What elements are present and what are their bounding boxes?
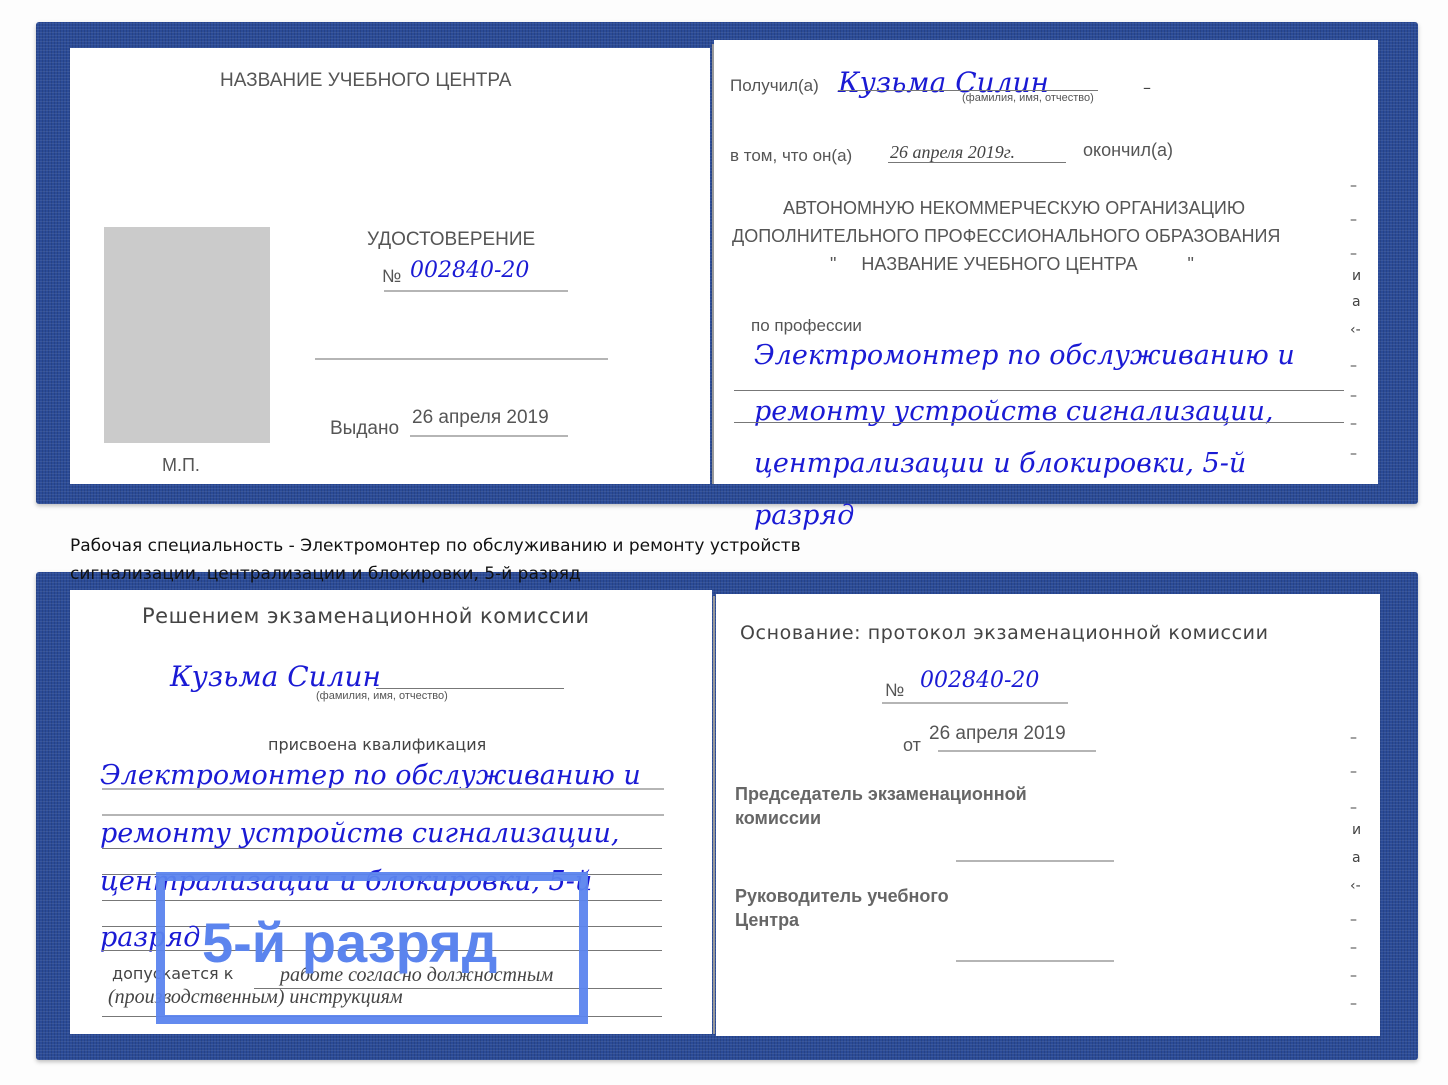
qual-line (102, 814, 664, 816)
completed-underline (888, 162, 1066, 163)
margin-mark: – (1350, 446, 1357, 462)
margin-mark: – (1350, 416, 1357, 432)
basis-label: Основание: протокол экзаменационной коми… (740, 622, 1269, 644)
margin-mark: – (1350, 968, 1357, 984)
margin-mark: а (1352, 850, 1361, 866)
margin-mark: и (1352, 268, 1361, 284)
bottom-spine (713, 596, 715, 1034)
margin-mark: – (1350, 358, 1357, 374)
number-underline (384, 290, 568, 292)
protocol-date: 26 апреля 2019 (929, 723, 1066, 745)
margin-mark: – (1350, 178, 1357, 194)
center-name: НАЗВАНИЕ УЧЕБНОГО ЦЕНТРА (220, 70, 512, 92)
margin-mark: и (1352, 822, 1361, 838)
margin-mark: ‹- (1350, 322, 1361, 338)
protocol-date-underline (938, 750, 1096, 752)
name-hint-bottom: (фамилия, имя, отчество) (316, 690, 448, 702)
protocol-number-underline (882, 702, 1068, 704)
qualification-line-1: Электромонтер по обслуживанию и (100, 760, 641, 791)
margin-mark: – (1350, 388, 1357, 404)
person-underline (376, 688, 564, 689)
completed-date: 26 апреля 2019г. (890, 142, 1015, 163)
signature-line (315, 358, 608, 360)
qual-line (102, 788, 664, 790)
profession-underline-1 (734, 390, 1344, 391)
profession-line-4: разряд (754, 500, 854, 531)
margin-mark: ‹- (1350, 878, 1361, 894)
issued-date: 26 апреля 2019 (412, 407, 549, 429)
profession-line-3: централизации и блокировки, 5-й (754, 448, 1246, 479)
issued-underline (410, 435, 568, 437)
completed-label: окончил(а) (1083, 140, 1173, 161)
in-that-label: в том, что он(а) (730, 146, 852, 166)
margin-mark: – (1350, 800, 1357, 816)
qualification-line-2: ремонту устройств сигнализации, (100, 818, 620, 849)
chairman-line-1: Председатель экзаменационной (735, 784, 1027, 805)
qual-line (102, 848, 662, 849)
margin-mark: – (1350, 212, 1357, 228)
person-name: Кузьма Силин (170, 660, 381, 693)
number-prefix: № (382, 266, 401, 287)
chairman-line-2: комиссии (735, 808, 821, 829)
head-line-2: Центра (735, 910, 799, 931)
received-label: Получил(а) (730, 76, 819, 96)
profession-line-1: Электромонтер по обслуживанию и (754, 340, 1295, 371)
margin-mark: – (1350, 996, 1357, 1012)
from-label: от (903, 735, 921, 756)
protocol-number-prefix: № (885, 680, 904, 701)
org-line-3: " НАЗВАНИЕ УЧЕБНОГО ЦЕНТРА " (830, 254, 1194, 275)
qualification-label: присвоена квалификация (268, 735, 486, 754)
certificate-number: 002840-20 (410, 258, 529, 283)
photo-placeholder (104, 227, 270, 443)
top-spine (712, 44, 714, 484)
grade-stamp-text: 5-й разряд (202, 910, 497, 975)
profession-label: по профессии (751, 316, 862, 336)
org-line-1: АВТОНОМНУЮ НЕКОММЕРЧЕСКУЮ ОРГАНИЗАЦИЮ (783, 198, 1245, 219)
chairman-signature-line (956, 860, 1114, 862)
decision-title: Решением экзаменационной комиссии (142, 604, 589, 628)
margin-mark: – (1350, 912, 1357, 928)
profession-underline-2 (734, 422, 1344, 423)
protocol-number: 002840-20 (920, 668, 1039, 693)
margin-mark: – (1350, 940, 1357, 956)
margin-mark: – (1350, 246, 1357, 262)
caption-line-1: Рабочая специальность - Электромонтер по… (70, 533, 801, 559)
doc-title: УДОСТОВЕРЕНИЕ (367, 229, 535, 251)
margin-mark: – (1350, 730, 1357, 746)
issued-label: Выдано (330, 418, 399, 440)
stamp-place: М.П. (162, 455, 200, 476)
head-signature-line (956, 960, 1114, 962)
margin-mark: – (1350, 764, 1357, 780)
name-hint: (фамилия, имя, отчество) (962, 92, 1094, 104)
head-line-1: Руководитель учебного (735, 886, 949, 907)
margin-mark: а (1352, 294, 1361, 310)
recipient-dash: – (1143, 78, 1151, 97)
recipient-underline (838, 90, 1098, 91)
org-line-2: ДОПОЛНИТЕЛЬНОГО ПРОФЕССИОНАЛЬНОГО ОБРАЗО… (732, 226, 1280, 247)
caption-line-2: сигнализации, централизации и блокировки… (70, 561, 581, 587)
